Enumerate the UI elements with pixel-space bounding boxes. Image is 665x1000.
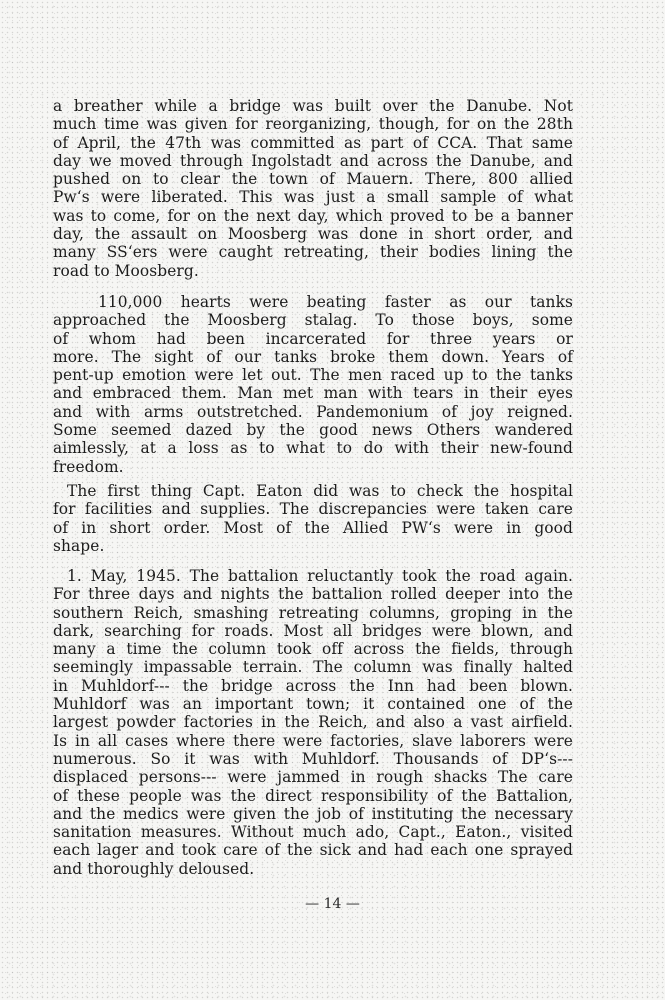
text-line: of whom had been incarcerated for three … [53,330,573,348]
text-line: pent-up emotion were let out. The men ra… [53,366,573,384]
text-line: freedom. [53,458,573,476]
text-line: numerous. So it was with Muhldorf. Thous… [53,750,573,768]
paragraph-stalag-liberation: 110,000 hearts were beating faster as ou… [53,293,573,476]
text-line: displaced persons--- were jammed in roug… [53,768,573,786]
text-line: many a time the column took off across t… [53,640,573,658]
text-line: 1. May, 1945. The battalion reluctantly … [53,567,573,585]
text-line: shape. [53,537,573,555]
text-line: and the medics were given the job of ins… [53,805,573,823]
text-line: Is in all cases where there were factori… [53,732,573,750]
text-line: of in short order. Most of the Allied PW… [53,519,573,537]
text-line: in Muhldorf--- the bridge across the Inn… [53,677,573,695]
text-line: The first thing Capt. Eaton did was to c… [53,482,573,500]
text-line: more. The sight of our tanks broke them … [53,348,573,366]
text-line: many SS‘ers were caught retreating, thei… [53,243,573,261]
text-line: dark, searching for roads. Most all brid… [53,622,573,640]
text-line: aimlessly, at a loss as to what to do wi… [53,439,573,457]
text-line: Some seemed dazed by the good news Other… [53,421,573,439]
text-line: for facilities and supplies. The discrep… [53,500,573,518]
text-line: Pw‘s were liberated. This was just a sma… [53,188,573,206]
text-line: seemingly impassable terrain. The column… [53,658,573,676]
text-line: much time was given for reorganizing, th… [53,115,573,133]
text-line: of these people was the direct responsib… [53,787,573,805]
paragraph-muhldorf: 1. May, 1945. The battalion reluctantly … [53,567,573,878]
text-line: was to come, for on the next day, which … [53,207,573,225]
text-line: a breather while a bridge was built over… [53,97,573,115]
text-line: day we moved through Ingolstadt and acro… [53,152,573,170]
text-line: road to Moosberg. [53,262,573,280]
text-line: pushed on to clear the town of Mauern. T… [53,170,573,188]
paragraph-hospital-check: The first thing Capt. Eaton did was to c… [53,482,573,555]
text-line: and embraced them. Man met man with tear… [53,384,573,402]
scanned-page: a breather while a bridge was built over… [0,0,665,1000]
text-line: For three days and nights the battalion … [53,585,573,603]
text-line: Muhldorf was an important town; it conta… [53,695,573,713]
text-line: southern Reich, smashing retreating colu… [53,604,573,622]
page-number: — 14 — [0,896,665,912]
text-line: sanitation measures. Without much ado, C… [53,823,573,841]
text-line: largest powder factories in the Reich, a… [53,713,573,731]
text-line: and thoroughly deloused. [53,860,573,878]
paragraph-danube-moosberg: a breather while a bridge was built over… [53,97,573,280]
text-line: day, the assault on Moosberg was done in… [53,225,573,243]
text-line: 110,000 hearts were beating faster as ou… [53,293,573,311]
text-line: each lager and took care of the sick and… [53,841,573,859]
text-line: approached the Moosberg stalag. To those… [53,311,573,329]
text-line: and with arms outstretched. Pandemonium … [53,403,573,421]
text-line: of April, the 47th was committed as part… [53,134,573,152]
